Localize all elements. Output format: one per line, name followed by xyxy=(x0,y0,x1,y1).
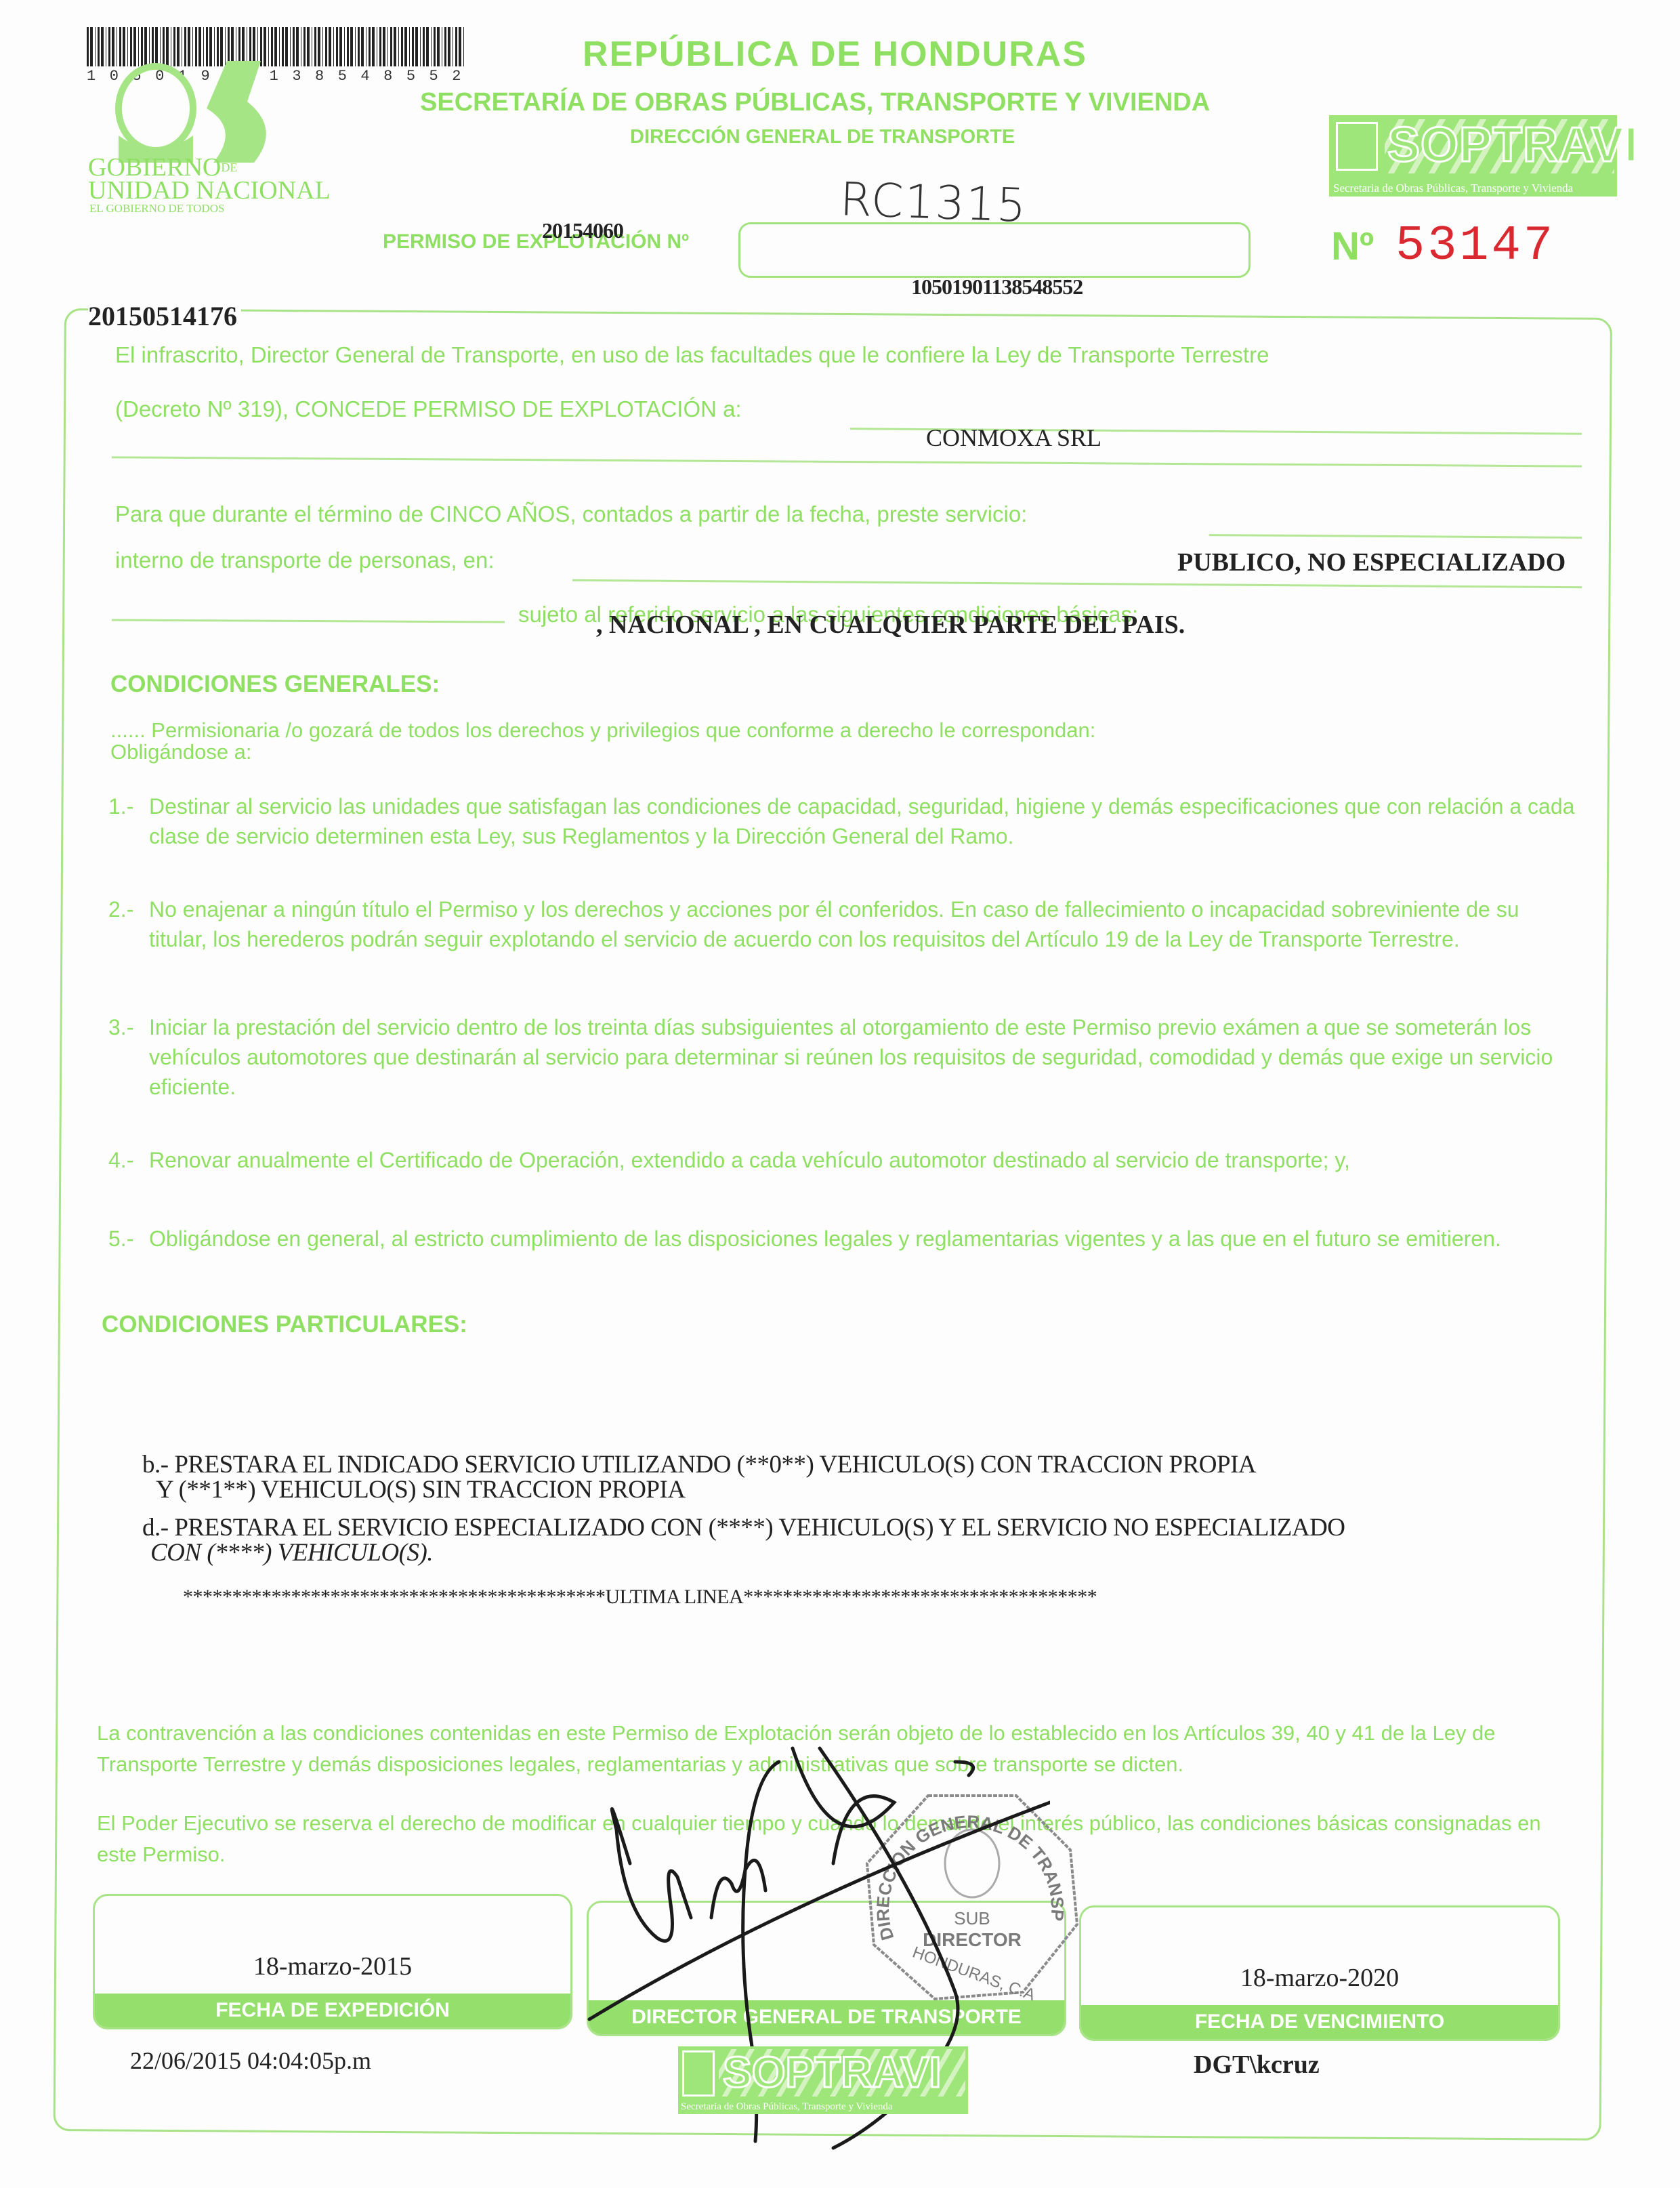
term-paragraph-line1: Para que durante el término de CINCO AÑO… xyxy=(115,501,1027,527)
soptravi-caption: Secretaria de Obras Públicas, Transporte… xyxy=(681,2101,893,2113)
condition-item: 4.- Renovar anualmente el Certificado de… xyxy=(108,1145,1578,1175)
print-timestamp: 22/06/2015 04:04:05p.m xyxy=(130,2046,371,2075)
permit-label: PERMISO DE EXPLOTACIÓN Nº xyxy=(383,230,689,253)
department-name: DIRECCIÓN GENERAL DE TRANSPORTE xyxy=(630,126,1015,148)
last-line-marker: ****************************************… xyxy=(183,1586,1097,1609)
condition-number: 4.- xyxy=(108,1145,133,1175)
soptravi-logo: SOPTRAVI Secretaria de Obras Públicas, T… xyxy=(1329,115,1617,197)
condition-text: No enajenar a ningún título el Permiso y… xyxy=(149,894,1578,954)
service-type: PUBLICO, NO ESPECIALIZADO xyxy=(1177,548,1566,577)
gov-logo-tagline: EL GOBIERNO DE TODOS xyxy=(89,202,224,215)
condition-text: Destinar al servicio las unidades que sa… xyxy=(149,791,1578,851)
route-text: , NACIONAL , EN CUALQUIER PARTE DEL PAIS… xyxy=(596,610,1185,640)
gov-logo-line2: UNIDAD NACIONAL xyxy=(88,178,331,203)
gov-logo-suffix: DE xyxy=(221,161,237,174)
document-title: REPÚBLICA DE HONDURAS xyxy=(583,34,1087,75)
expiry-date-value: 18-marzo-2020 xyxy=(1081,1963,1558,1993)
print-user: DGT\kcruz xyxy=(1194,2050,1320,2080)
soptravi-emblem-icon xyxy=(1336,122,1378,171)
government-emblem-icon xyxy=(91,61,288,163)
condition-item: 2.- No enajenar a ningún título el Permi… xyxy=(108,894,1578,954)
particular-condition-line: Y (**1**) VEHICULO(S) SIN TRACCION PROPI… xyxy=(156,1475,686,1504)
expiry-date-box: 18-marzo-2020 FECHA DE VENCIMIENTO xyxy=(1079,1905,1560,2041)
condition-number: 5.- xyxy=(108,1224,133,1254)
general-conditions-title: CONDICIONES GENERALES: xyxy=(110,671,440,698)
condition-text: Obligándose en general, al estricto cump… xyxy=(149,1224,1578,1254)
general-conditions-obligation: Obligándose a: xyxy=(110,740,252,764)
permit-number-below: 10501901138548552 xyxy=(911,274,1083,300)
issue-date-value: 18-marzo-2015 xyxy=(95,1952,570,1981)
issue-date-box: 18-marzo-2015 FECHA DE EXPEDICIÓN xyxy=(93,1894,572,2029)
soptravi-emblem-icon xyxy=(682,2050,715,2097)
particular-conditions-title: CONDICIONES PARTICULARES: xyxy=(102,1311,467,1338)
grant-paragraph-line2: (Decreto Nº 319), CONCEDE PERMISO DE EXP… xyxy=(115,396,742,422)
grantee-name: CONMOXA SRL xyxy=(926,424,1101,452)
serial-number: 53147 xyxy=(1395,218,1555,274)
permit-number-above: 20154060 xyxy=(542,218,623,243)
condition-item: 1.- Destinar al servicio las unidades qu… xyxy=(108,791,1578,851)
general-conditions-intro: ...... Permisionaria /o gozará de todos … xyxy=(110,718,1095,743)
condition-number: 2.- xyxy=(108,894,133,924)
particular-condition-line: CON (****) VEHICULO(S). xyxy=(150,1538,433,1567)
soptravi-wordmark: SOPTRAVI xyxy=(1387,117,1639,173)
condition-text: Iniciar la prestación del servicio dentr… xyxy=(149,1012,1578,1102)
grant-paragraph-line1: El infrascrito, Director General de Tran… xyxy=(115,342,1269,368)
handwritten-note: RC1315 xyxy=(839,173,1028,233)
condition-number: 3.- xyxy=(108,1012,133,1042)
soptravi-wordmark: SOPTRAVI xyxy=(723,2046,941,2098)
serial-label: Nº xyxy=(1331,224,1374,269)
term-paragraph-line2: interno de transporte de personas, en: xyxy=(115,548,495,573)
soptravi-footer-logo: SOPTRAVI Secretaria de Obras Públicas, T… xyxy=(678,2046,968,2114)
condition-item: 3.- Iniciar la prestación del servicio d… xyxy=(108,1012,1578,1102)
condition-number: 1.- xyxy=(108,791,133,821)
condition-text: Renovar anualmente el Certificado de Ope… xyxy=(149,1145,1578,1175)
expiry-date-label: FECHA DE VENCIMIENTO xyxy=(1081,2005,1558,2039)
reference-number: 20150514176 xyxy=(88,300,241,332)
issue-date-label: FECHA DE EXPEDICIÓN xyxy=(95,1994,570,2027)
soptravi-caption: Secretaria de Obras Públicas, Transporte… xyxy=(1333,182,1573,195)
condition-item: 5.- Obligándose en general, al estricto … xyxy=(108,1224,1578,1254)
ministry-name: SECRETARÍA DE OBRAS PÚBLICAS, TRANSPORTE… xyxy=(420,88,1210,117)
